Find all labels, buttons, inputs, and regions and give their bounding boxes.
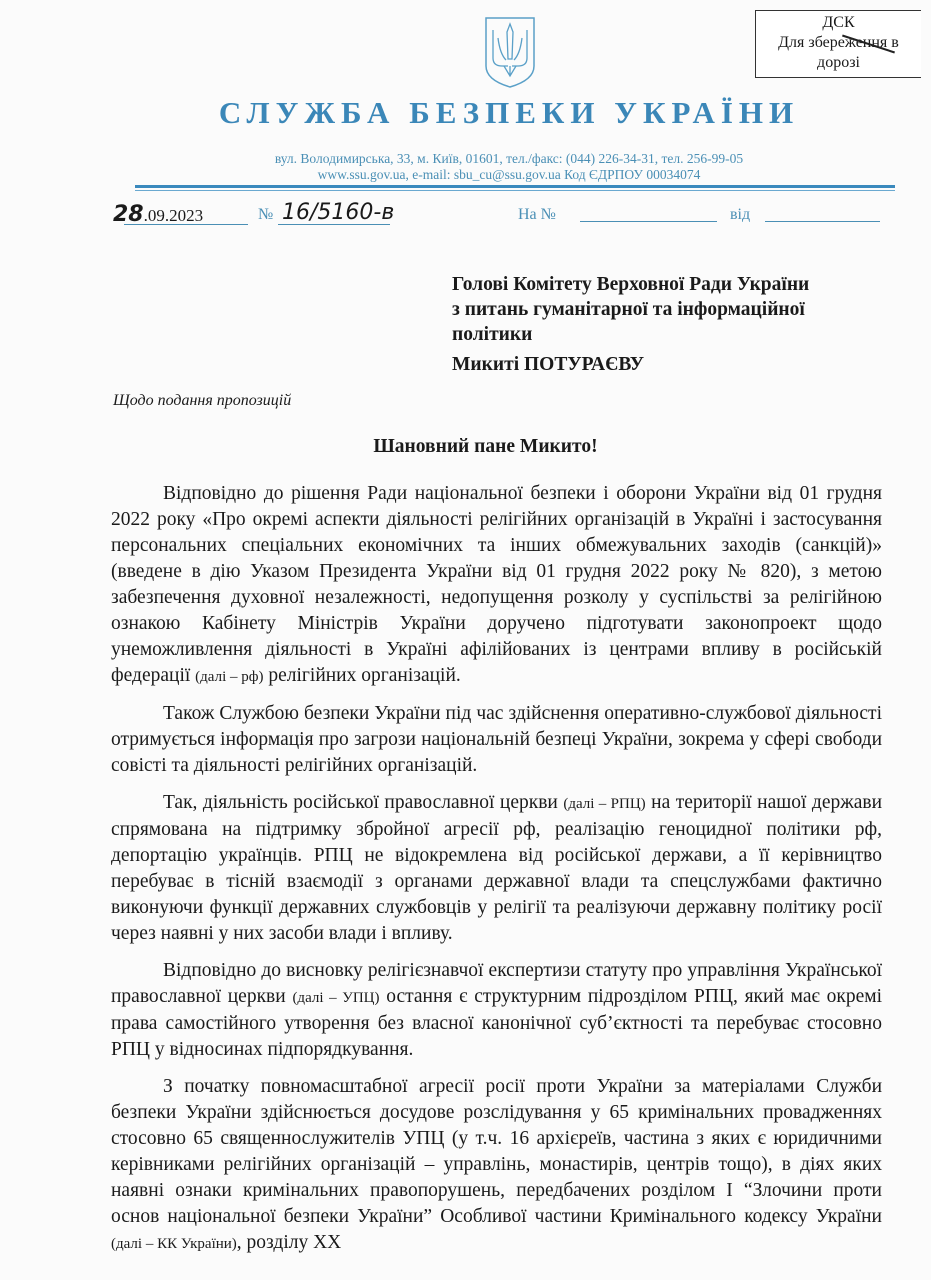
paragraph: Відповідно до висновку релігієзнавчої ек… [111,958,882,1063]
addressee-line-1: Голові Комітету Верховної Ради України [452,272,892,297]
incoming-date-blank [765,221,880,222]
incoming-date-label: від [730,206,750,224]
addressee-line-3: політики [452,322,892,347]
addressee-block: Голові Комітету Верховної Ради України з… [452,272,892,377]
date-underline [124,224,248,225]
stamp-line-3: дорозі [756,53,921,73]
stamp-line-1: ДСК [756,13,921,33]
stamp-line-2: Для збереження в [756,33,921,53]
header-divider-thin [135,190,895,191]
letter-body: Відповідно до рішення Ради національної … [111,481,882,1268]
classification-stamp: ДСК Для збереження в дорозі [755,10,921,78]
trident-coat-of-arms-icon [482,14,538,90]
number-label: № [258,206,273,224]
document-number-handwritten: 16/5160-в [282,200,394,225]
incoming-number-label: На № [518,206,556,224]
paragraph: Також Службою безпеки України під час зд… [111,701,882,779]
paragraph: Відповідно до рішення Ради національної … [111,481,882,690]
web-email-line: www.ssu.gov.ua, e-mail: sbu_cu@ssu.gov.u… [0,167,931,183]
date-month-year: .09.2023 [144,206,204,225]
addressee-name: Микиті ПОТУРАЄВУ [452,352,892,377]
salutation: Шановний пане Микито! [0,436,931,458]
incoming-number-blank [580,221,717,222]
number-underline [278,224,390,225]
address-line: вул. Володимирська, 33, м. Київ, 01601, … [0,151,931,167]
letter-subject: Щодо подання пропозицій [113,392,291,410]
paragraph: Так, діяльність російської православної … [111,790,882,947]
paragraph: З початку повномасштабної агресії росії … [111,1074,882,1257]
organization-title: СЛУЖБА БЕЗПЕКИ УКРАЇНИ [0,95,931,131]
organization-contacts: вул. Володимирська, 33, м. Київ, 01601, … [0,151,931,183]
header-divider-thick [135,185,895,188]
addressee-line-2: з питань гуманітарної та інформаційної [452,297,892,322]
outgoing-reference-row: 28.09.2023 № 16/5160-в На № від [0,202,931,232]
